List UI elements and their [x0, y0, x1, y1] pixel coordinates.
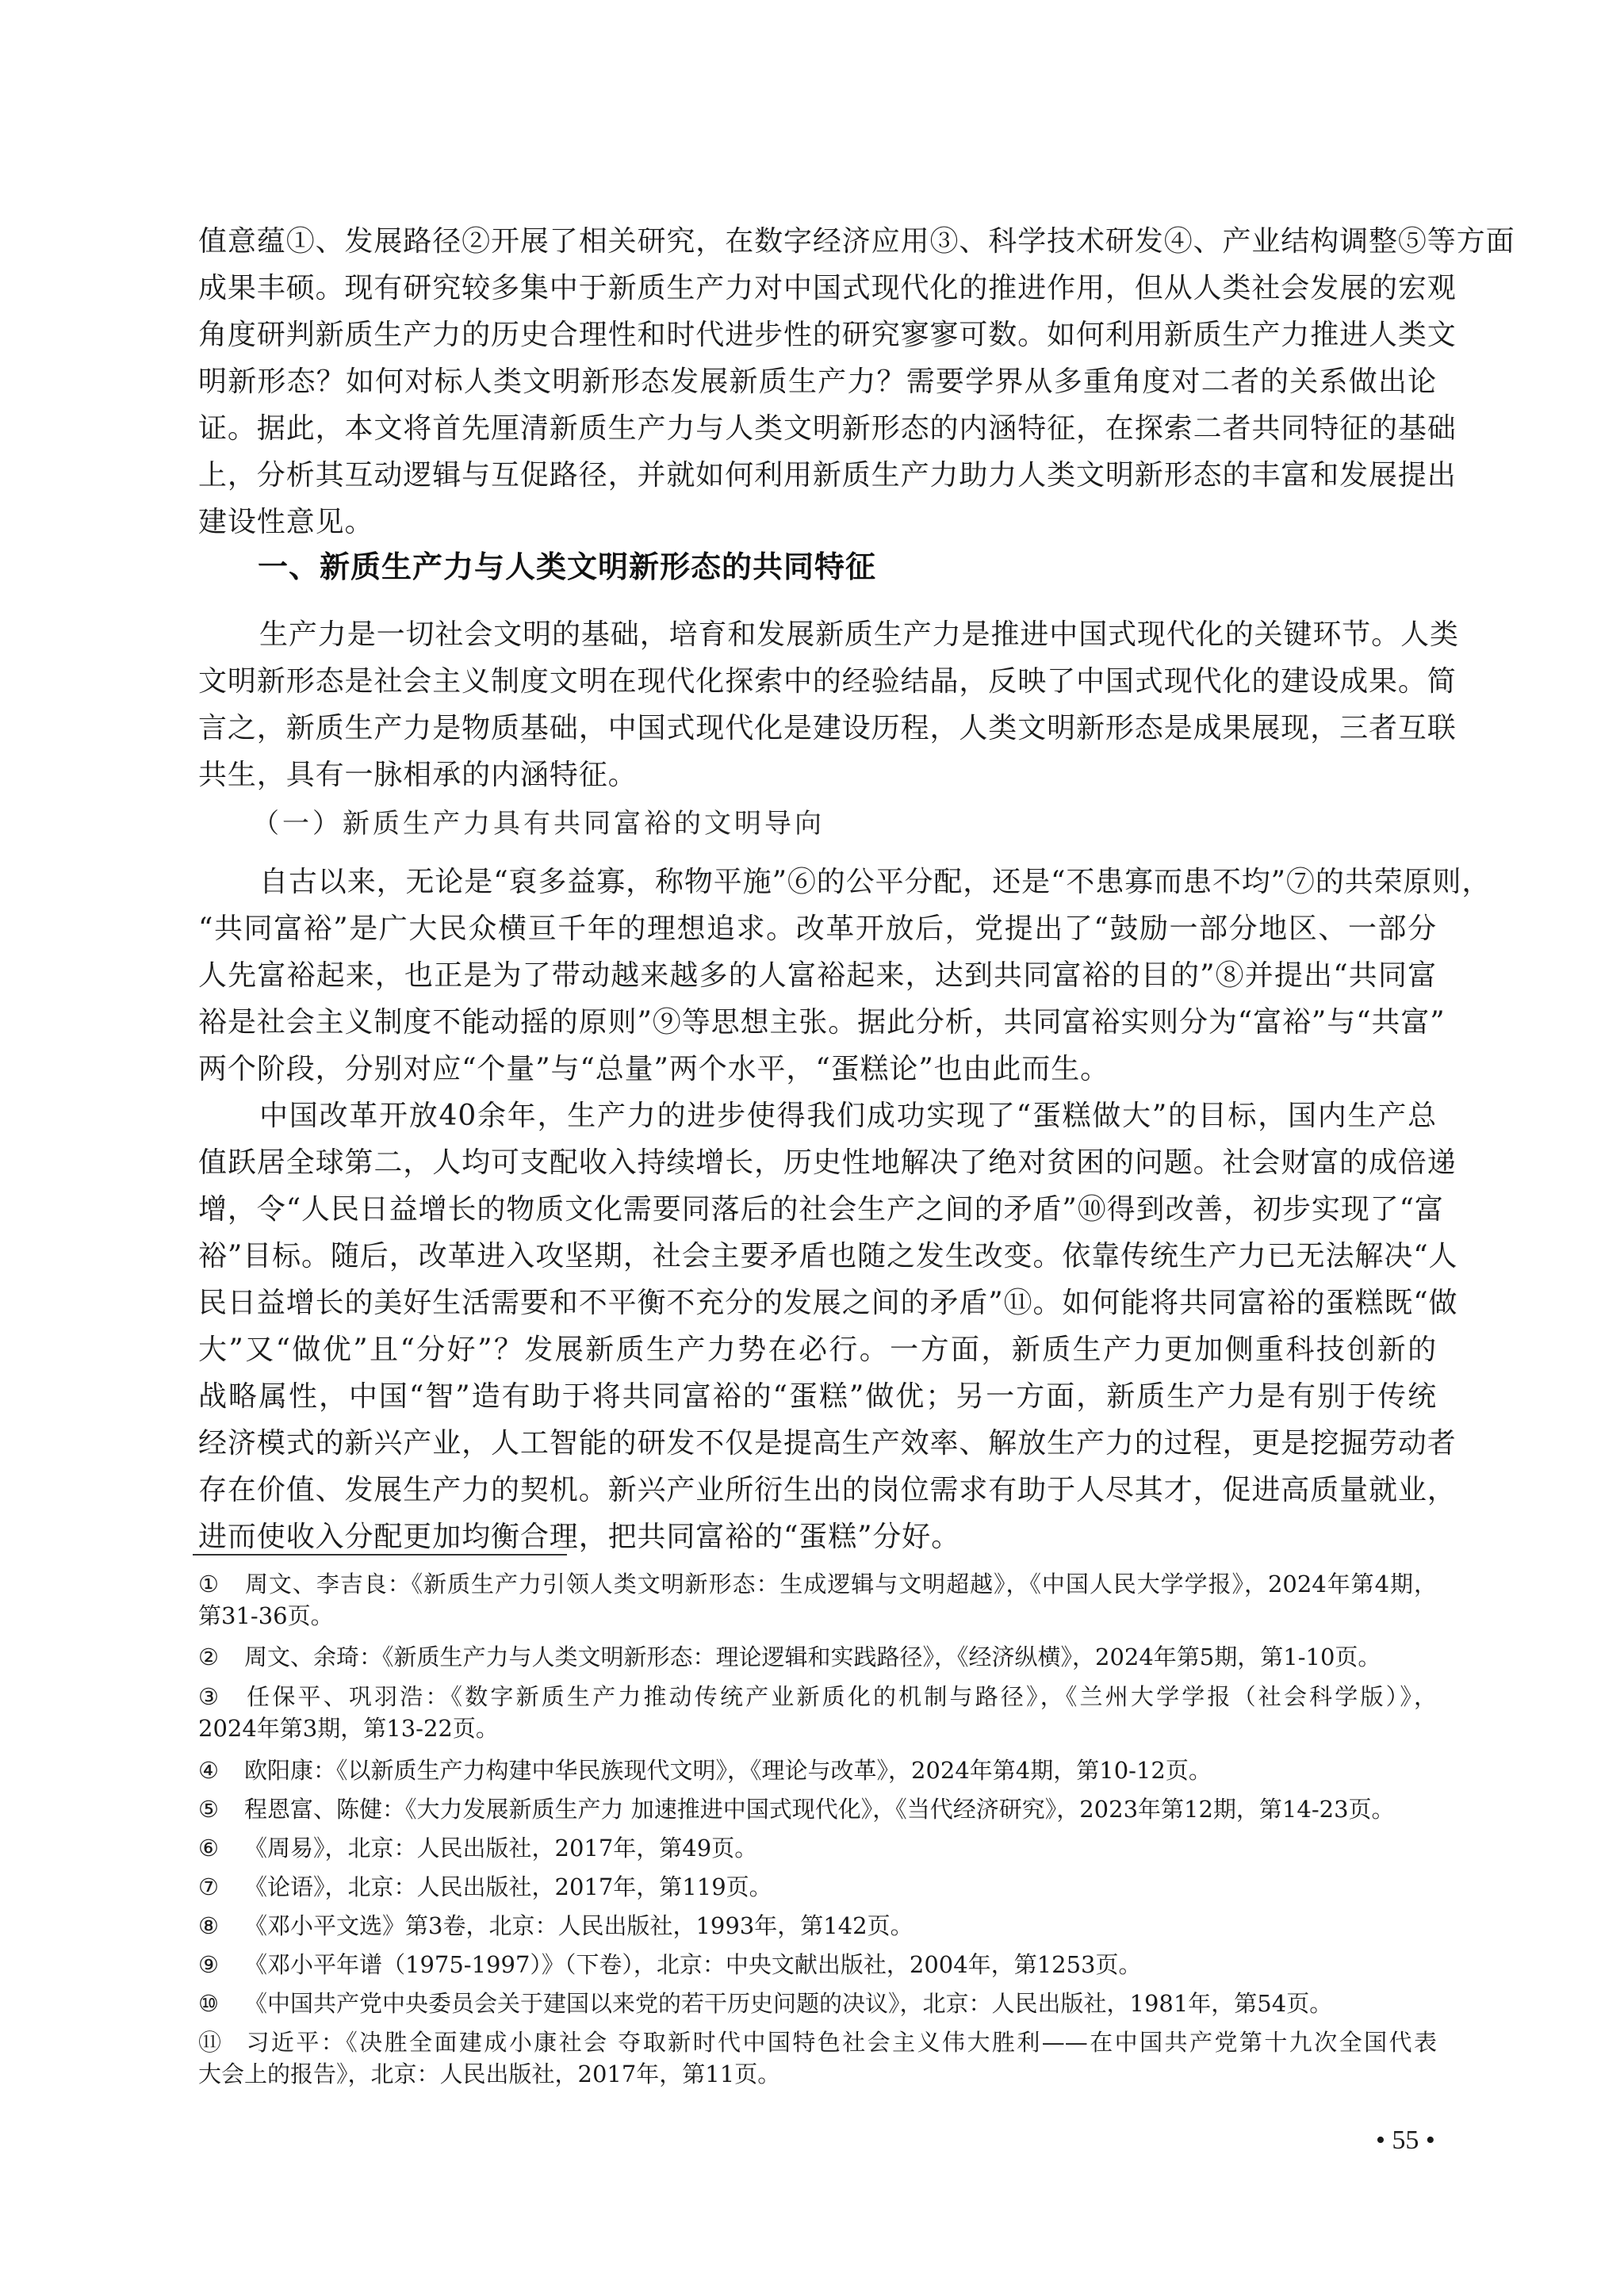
text-line: 裕”目标。随后，改革进入攻坚期，社会主要矛盾也随之发生改变。依靠传统生产力已无法… [198, 1237, 1437, 1276]
text-line: 裕是社会主义制度不能动摇的原则”⑨等思想主张。据此分析，共同富裕实则分为“富裕”… [198, 1003, 1437, 1043]
footnote-6: ⑥《周易》，北京：人民出版社，2017年，第49页。 [198, 1832, 1437, 1864]
text-line: 文明新形态是社会主义制度文明在现代化探索中的经验结晶，反映了中国式现代化的建设成… [198, 662, 1437, 702]
text-line: 明新形态？如何对标人类文明新形态发展新质生产力？需要学界从多重角度对二者的关系做… [198, 362, 1437, 402]
footnote-text: 周文、李吉良：《新质生产力引领人类文明新形态：生成逻辑与文明超越》，《中国人民大… [244, 1571, 1437, 1598]
text-line: 成果丰硕。现有研究较多集中于新质生产力对中国式现代化的推进作用，但从人类社会发展… [198, 269, 1437, 308]
text-line: 角度研判新质生产力的历史合理性和时代进步性的研究寥寥可数。如何利用新质生产力推进… [198, 316, 1437, 355]
text-line: 存在价值、发展生产力的契机。新兴产业所衍生出的岗位需求有助于人尽其才，促进高质量… [198, 1471, 1437, 1510]
footnote-mark: ⑩ [198, 1988, 244, 2019]
footnote-text: 周文、余琦：《新质生产力与人类文明新形态：理论逻辑和实践路径》，《经济纵横》，2… [244, 1644, 1381, 1670]
footnote-4: ④欧阳康：《以新质生产力构建中华民族现代文明》，《理论与改革》，2024年第4期… [198, 1755, 1437, 1786]
footnote-9: ⑨《邓小平年谱（1975-1997）》（下卷），北京：中央文献出版社，2004年… [198, 1949, 1437, 1980]
footnote-2: ②周文、余琦：《新质生产力与人类文明新形态：理论逻辑和实践路径》，《经济纵横》，… [198, 1641, 1437, 1673]
footnote-separator [193, 1554, 567, 1556]
footnote-mark: ⑨ [198, 1949, 244, 1980]
footnote-text: 习近平：《决胜全面建成小康社会 夺取新时代中国特色社会主义伟大胜利——在中国共产… [244, 2029, 1437, 2056]
text-line: 经济模式的新兴产业，人工智能的研发不仅是提高生产效率、解放生产力的过程，更是挖掘… [198, 1424, 1437, 1464]
footnote-text: 《周易》，北京：人民出版社，2017年，第49页。 [244, 1835, 757, 1862]
footnote-mark: ④ [198, 1755, 244, 1786]
footnote-mark: ⑤ [198, 1793, 244, 1825]
footnote-text: 程恩富、陈健：《大力发展新质生产力 加速推进中国式现代化》，《当代经济研究》，2… [244, 1796, 1395, 1823]
text-line: 民日益增长的美好生活需要和不平衡不充分的发展之间的矛盾”⑪。如何能将共同富裕的蛋… [198, 1284, 1437, 1323]
footnote-mark: ⑥ [198, 1832, 244, 1864]
text-line: 进而使收入分配更加均衡合理，把共同富裕的“蛋糕”分好。 [198, 1517, 1437, 1557]
footnote-1: ①周文、李吉良：《新质生产力引领人类文明新形态：生成逻辑与文明超越》，《中国人民… [198, 1568, 1437, 1600]
footnote-3: ③任保平、巩羽浩：《数字新质生产力推动传统产业新质化的机制与路径》，《兰州大学学… [198, 1681, 1437, 1712]
footnote-mark: ⑦ [198, 1871, 244, 1903]
footnote-text: 《邓小平年谱（1975-1997）》（下卷），北京：中央文献出版社，2004年，… [244, 1951, 1142, 1978]
footnote-text: 欧阳康：《以新质生产力构建中华民族现代文明》，《理论与改革》，2024年第4期，… [244, 1757, 1212, 1784]
text-line: 战略属性，中国“智”造有助于将共同富裕的“蛋糕”做优；另一方面，新质生产力是有别… [198, 1377, 1437, 1417]
text-line: 建设性意见。 [198, 503, 1437, 542]
text-line: 自古以来，无论是“裒多益寡，称物平施”⑥的公平分配，还是“不患寡而患不均”⑦的共… [259, 863, 1437, 902]
document-page: 值意蕴①、发展路径②开展了相关研究，在数字经济应用③、科学技术研发④、产业结构调… [0, 0, 1624, 2296]
footnote-text: 任保平、巩羽浩：《数字新质生产力推动传统产业新质化的机制与路径》，《兰州大学学报… [244, 1683, 1437, 1710]
footnote-11: ⑪习近平：《决胜全面建成小康社会 夺取新时代中国特色社会主义伟大胜利——在中国共… [198, 2026, 1437, 2058]
text-line: “共同富裕”是广大民众横亘千年的理想追求。改革开放后，党提出了“鼓励一部分地区、… [198, 909, 1437, 949]
footnote-8: ⑧《邓小平文选》第3卷，北京：人民出版社，1993年，第142页。 [198, 1910, 1437, 1942]
text-line: 值跃居全球第二，人均可支配收入持续增长，历史性地解决了绝对贫困的问题。社会财富的… [198, 1143, 1437, 1183]
footnote-text: 《中国共产党中央委员会关于建国以来党的若干历史问题的决议》，北京：人民出版社，1… [244, 1990, 1332, 2017]
footnote-mark: ⑪ [198, 2026, 244, 2058]
text-line: 大”又“做优”且“分好”？发展新质生产力势在必行。一方面，新质生产力更加侧重科技… [198, 1330, 1437, 1370]
page-number: • 55 • [1376, 2125, 1435, 2156]
section-heading: 一、新质生产力与人类文明新形态的共同特征 [258, 547, 876, 587]
text-line: 人先富裕起来，也正是为了带动越来越多的人富裕起来，达到共同富裕的目的”⑧并提出“… [198, 956, 1437, 996]
footnote-mark: ③ [198, 1681, 244, 1712]
subsection-heading: （一）新质生产力具有共同富裕的文明导向 [252, 804, 825, 844]
text-line: 值意蕴①、发展路径②开展了相关研究，在数字经济应用③、科学技术研发④、产业结构调… [198, 222, 1437, 262]
footnote-1-cont: 第31-36页。 [198, 1600, 1437, 1632]
text-line: 中国改革开放40余年，生产力的进步使得我们成功实现了“蛋糕做大”的目标，国内生产… [259, 1096, 1437, 1136]
text-line: 共生，具有一脉相承的内涵特征。 [198, 756, 1437, 795]
text-line: 生产力是一切社会文明的基础，培育和发展新质生产力是推进中国式现代化的关键环节。人… [259, 615, 1437, 655]
footnote-3-cont: 2024年第3期，第13-22页。 [198, 1712, 1437, 1744]
text-line: 增，令“人民日益增长的物质文化需要同落后的社会生产之间的矛盾”⑩得到改善，初步实… [198, 1190, 1437, 1230]
text-line: 上，分析其互动逻辑与互促路径，并就如何利用新质生产力助力人类文明新形态的丰富和发… [198, 456, 1437, 496]
footnote-5: ⑤程恩富、陈健：《大力发展新质生产力 加速推进中国式现代化》，《当代经济研究》，… [198, 1793, 1437, 1825]
text-line: 言之，新质生产力是物质基础，中国式现代化是建设历程，人类文明新形态是成果展现，三… [198, 709, 1437, 748]
footnote-text: 《邓小平文选》第3卷，北京：人民出版社，1993年，第142页。 [244, 1912, 913, 1939]
footnote-10: ⑩《中国共产党中央委员会关于建国以来党的若干历史问题的决议》，北京：人民出版社，… [198, 1988, 1437, 2019]
text-line: 证。据此，本文将首先厘清新质生产力与人类文明新形态的内涵特征，在探索二者共同特征… [198, 409, 1437, 449]
footnote-mark: ① [198, 1568, 244, 1600]
footnote-11-cont: 大会上的报告》，北京：人民出版社，2017年，第11页。 [198, 2058, 1437, 2090]
footnote-mark: ② [198, 1641, 244, 1673]
footnote-7: ⑦《论语》，北京：人民出版社，2017年，第119页。 [198, 1871, 1437, 1903]
footnote-mark: ⑧ [198, 1910, 244, 1942]
text-line: 两个阶段，分别对应“个量”与“总量”两个水平，“蛋糕论”也由此而生。 [198, 1050, 1437, 1089]
footnote-text: 《论语》，北京：人民出版社，2017年，第119页。 [244, 1873, 772, 1900]
